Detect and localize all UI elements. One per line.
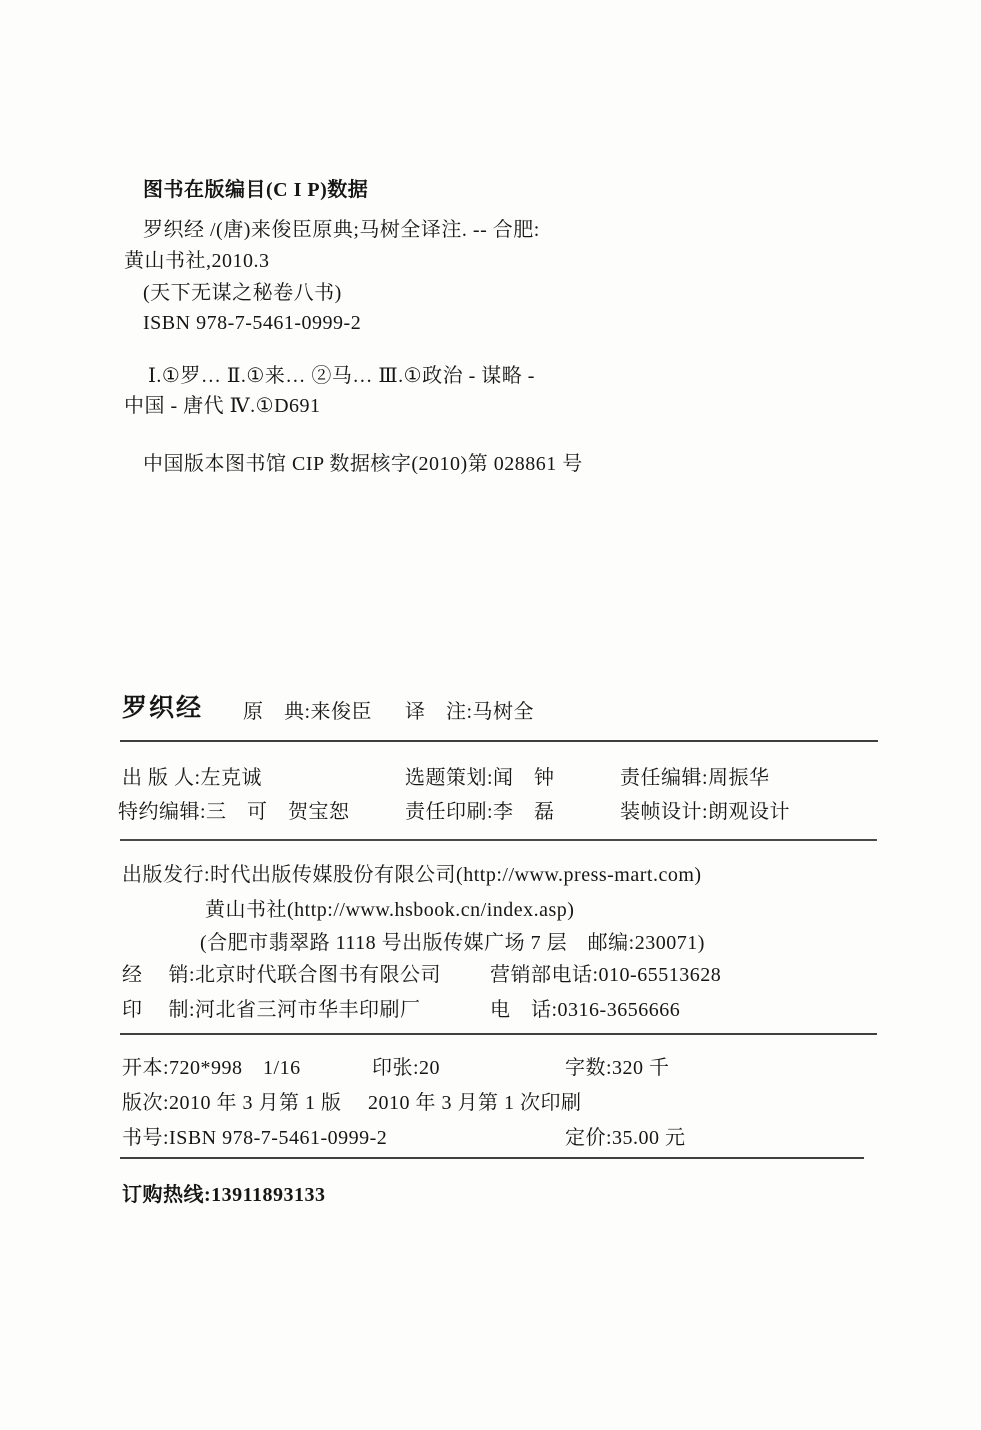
cip-class-line-2: 中国 - 唐代 Ⅳ.①D691	[124, 394, 321, 418]
spec-edition: 版次:2010 年 3 月第 1 版	[122, 1091, 342, 1115]
copyright-page: 图书在版编目(C I P)数据 罗织经 /(唐)来俊臣原典;马树全译注. -- …	[0, 0, 981, 1430]
address-line: (合肥市翡翠路 1118 号出版传媒广场 7 层 邮编:230071)	[200, 931, 705, 955]
cip-record-line-4: ISBN 978-7-5461-0999-2	[143, 311, 361, 335]
order-hotline: 订购热线:13911893133	[122, 1183, 326, 1207]
cip-class-line-1: Ⅰ.①罗… Ⅱ.①来… ②马… Ⅲ.①政治 - 谋略 -	[148, 364, 535, 388]
cip-record-line-1: 罗织经 /(唐)来俊臣原典;马树全译注. -- 合肥:	[143, 218, 540, 242]
cip-header: 图书在版编目(C I P)数据	[143, 178, 368, 202]
printer-line: 印 制:河北省三河市华丰印刷厂	[122, 998, 421, 1022]
spec-words: 字数:320 千	[565, 1056, 670, 1080]
spec-impression: 2010 年 3 月第 1 次印刷	[368, 1091, 582, 1115]
credit-topic-planning: 选题策划:闻 钟	[405, 766, 555, 790]
divider-under-title	[120, 740, 878, 742]
original-author: 原 典:来俊臣	[243, 700, 372, 724]
cip-record-line-3: (天下无谋之秘卷八书)	[143, 281, 342, 305]
spec-book-number: 书号:ISBN 978-7-5461-0999-2	[122, 1126, 387, 1150]
spec-sheets: 印张:20	[372, 1056, 440, 1080]
translator: 译 注:马树全	[405, 700, 534, 724]
divider-under-specs	[120, 1157, 864, 1159]
cip-record-line-2: 黄山书社,2010.3	[124, 249, 270, 273]
distributor-line: 经 销:北京时代联合图书有限公司	[122, 963, 441, 987]
sales-phone: 营销部电话:010-65513628	[490, 963, 721, 987]
imprint-line: 黄山书社(http://www.hsbook.cn/index.asp)	[205, 898, 574, 922]
credit-exec-editor: 责任编辑:周振华	[620, 766, 770, 790]
divider-under-publishing	[120, 1033, 877, 1035]
spec-price: 定价:35.00 元	[565, 1126, 686, 1150]
credit-publisher-person: 出 版 人:左克诚	[122, 766, 262, 790]
spec-format: 开本:720*998 1/16	[122, 1056, 301, 1080]
publisher-line: 出版发行:时代出版传媒股份有限公司(http://www.press-mart.…	[122, 863, 702, 887]
credit-design: 装帧设计:朗观设计	[620, 800, 790, 824]
printer-phone: 电 话:0316-3656666	[490, 998, 680, 1022]
cip-registration: 中国版本图书馆 CIP 数据核字(2010)第 028861 号	[143, 452, 583, 476]
credit-print-supervisor: 责任印刷:李 磊	[405, 800, 555, 824]
book-title: 罗织经	[122, 694, 203, 724]
credit-special-editor: 特约编辑:三 可 贺宝恕	[118, 800, 350, 824]
divider-under-credits	[120, 839, 877, 841]
